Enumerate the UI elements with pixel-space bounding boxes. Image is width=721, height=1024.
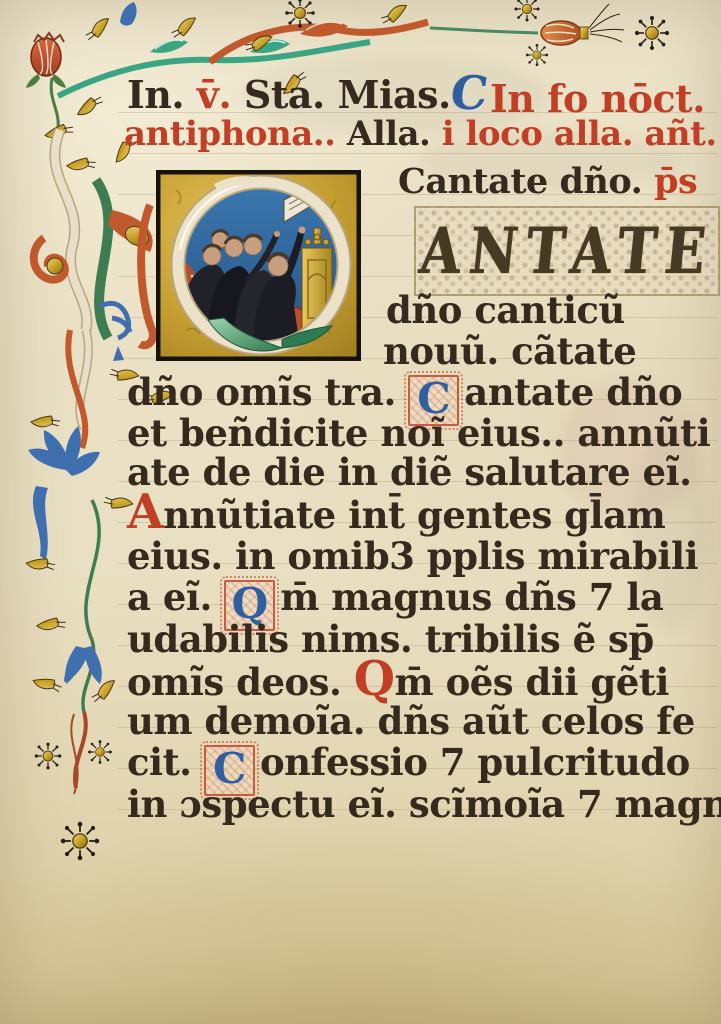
text-line: dño canticũ (386, 291, 625, 331)
text-block: dño canticũnouũ. cãtatedño omĩs tra. Can… (0, 0, 721, 1024)
text-segment: A (127, 485, 163, 540)
text-line: nouũ. cãtate (383, 332, 636, 372)
text-segment: omĩs deos. (127, 660, 354, 704)
manuscript-page: In. v̄. Sta. Mias. C In fo nōct. antipho… (0, 0, 721, 1024)
text-segment: antate dño (464, 370, 682, 414)
text-line: et beñdicite noĩ eius.. annũti (127, 414, 710, 454)
text-segment: dño canticũ (386, 288, 625, 332)
text-segment: um demoĩa. dñs aũt celos fe (127, 699, 695, 743)
text-segment: dño omĩs tra. (127, 370, 408, 414)
text-segment: ate de die in diẽ salutare eĩ. (127, 450, 692, 494)
text-segment: onfessio 7 pulcritudo (260, 740, 690, 784)
text-segment: cit. (127, 740, 204, 784)
text-line: omĩs deos. Qm̄ oẽs dii gẽti (127, 661, 669, 703)
text-segment: m̄ magnus dñs 7 la (280, 575, 663, 619)
text-segment: nnũtiate int̄ gentes gl̄am (163, 493, 665, 537)
text-segment: m̄ oẽs dii gẽti (395, 660, 669, 704)
text-line: eius. in omib3 pplis mirabili (127, 537, 698, 577)
text-line: Annũtiate int̄ gentes gl̄am (127, 494, 665, 536)
text-line: in ɔspectu eĩ. scĩmoĩa 7 magn (127, 785, 721, 825)
text-line: um demoĩa. dñs aũt celos fe (127, 702, 695, 742)
text-segment: a eĩ. (127, 575, 224, 619)
text-segment: et beñdicite noĩ eius.. annũti (127, 411, 710, 455)
text-line: ate de die in diẽ salutare eĩ. (127, 453, 692, 493)
text-segment: in ɔspectu eĩ. scĩmoĩa 7 magn (127, 782, 721, 826)
text-segment: eius. in omib3 pplis mirabili (127, 534, 698, 578)
text-segment: nouũ. cãtate (383, 329, 636, 373)
